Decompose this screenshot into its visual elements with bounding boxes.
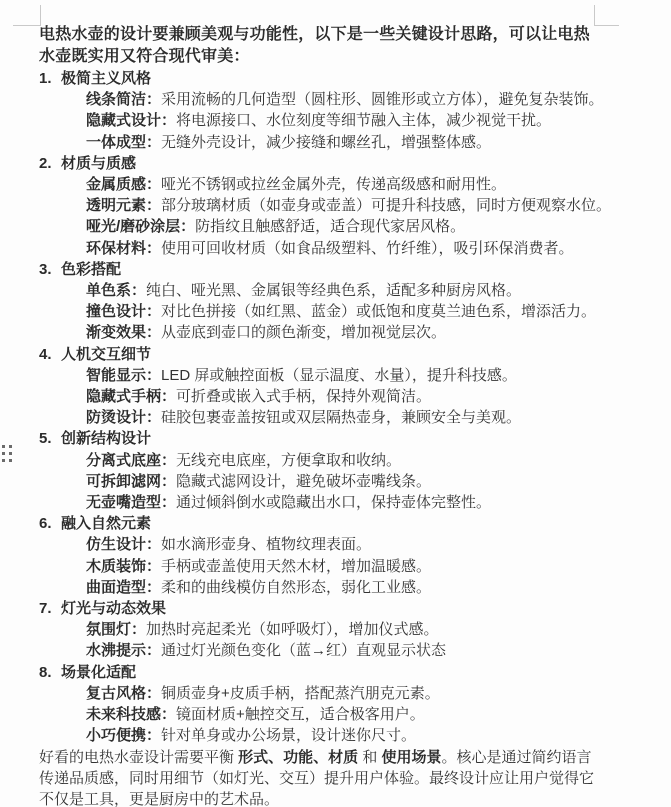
list-item: 氛围灯：加热时亮起柔光（如呼吸灯），增加仪式感。 xyxy=(39,619,595,640)
item-label: 线条简洁： xyxy=(86,91,161,108)
section-title: 场景化适配 xyxy=(61,662,136,683)
section-number: 7. xyxy=(39,598,61,619)
section-number: 4. xyxy=(39,344,61,365)
list-item: 环保材料：使用可回收材质（如食品级塑料、竹纤维），吸引环保消费者。 xyxy=(39,238,595,259)
document-page: 电热水壶的设计要兼顾美观与功能性，以下是一些关键设计思路，可以让电热水壶既实用又… xyxy=(0,0,671,807)
item-label: 分离式底座： xyxy=(86,452,176,469)
item-text: 铜质壶身+皮质手柄，搭配蒸汽朋克元素。 xyxy=(161,685,440,702)
document-content: 电热水壶的设计要兼顾美观与功能性，以下是一些关键设计思路，可以让电热水壶既实用又… xyxy=(39,24,595,807)
drag-handle-icon[interactable] xyxy=(2,445,13,463)
list-item: 水沸提示：通过灯光颜色变化（蓝→红）直观显示状态 xyxy=(39,640,595,661)
list-item: 单色系：纯白、哑光黑、金属银等经典色系，适配多种厨房风格。 xyxy=(39,280,595,301)
section-number: 5. xyxy=(39,428,61,449)
list-item: 无壶嘴造型：通过倾斜倒水或隐藏出水口，保持壶体完整性。 xyxy=(39,492,595,513)
section-title: 融入自然元素 xyxy=(61,513,151,534)
outro-text: 好看的电热水壶设计需要平衡 xyxy=(39,749,238,766)
item-text: 针对单身或办公场景，设计迷你尺寸。 xyxy=(161,727,416,744)
list-item: 仿生设计：如水滴形壶身、植物纹理表面。 xyxy=(39,534,595,555)
item-text: 将电源接口、水位刻度等细节融入主体，减少视觉干扰。 xyxy=(176,112,551,129)
item-text: 镜面材质+触控交互，适合极客用户。 xyxy=(176,706,425,723)
item-text: 无线充电底座，方便拿取和收纳。 xyxy=(176,452,401,469)
list-item: 隐藏式设计：将电源接口、水位刻度等细节融入主体，减少视觉干扰。 xyxy=(39,110,595,131)
list-item: 防烫设计：硅胶包裹壶盖按钮或双层隔热壶身，兼顾安全与美观。 xyxy=(39,407,595,428)
section-title: 色彩搭配 xyxy=(61,259,121,280)
section-heading-3: 3.色彩搭配 xyxy=(39,259,595,280)
section-title: 人机交互细节 xyxy=(61,344,151,365)
item-label: 仿生设计： xyxy=(86,536,161,553)
item-text: 加热时亮起柔光（如呼吸灯），增加仪式感。 xyxy=(146,621,439,638)
item-label: 小巧便携： xyxy=(86,727,161,744)
list-item: 隐藏式手柄：可折叠或嵌入式手柄，保持外观简洁。 xyxy=(39,386,595,407)
item-text: 柔和的曲线模仿自然形态，弱化工业感。 xyxy=(161,579,431,596)
item-text: 通过倾斜倒水或隐藏出水口，保持壶体完整性。 xyxy=(176,494,491,511)
item-label: 未来科技感： xyxy=(86,706,176,723)
sections-list: 1.极简主义风格线条简洁：采用流畅的几何造型（圆柱形、圆锥形或立方体），避免复杂… xyxy=(39,68,595,747)
section-number: 6. xyxy=(39,513,61,534)
section-heading-8: 8.场景化适配 xyxy=(39,662,595,683)
item-label: 透明元素： xyxy=(86,197,161,214)
outro-bold-phrase: 使用场景 xyxy=(382,749,442,766)
item-text: 可折叠或嵌入式手柄，保持外观简洁。 xyxy=(176,388,431,405)
item-label: 渐变效果： xyxy=(86,324,161,341)
section-number: 8. xyxy=(39,662,61,683)
list-item: 曲面造型：柔和的曲线模仿自然形态，弱化工业感。 xyxy=(39,577,595,598)
item-text: 防指纹且触感舒适，适合现代家居风格。 xyxy=(195,218,465,235)
item-text: 从壶底到壶口的颜色渐变，增加视觉层次。 xyxy=(161,324,446,341)
list-item: 哑光/磨砂涂层：防指纹且触感舒适，适合现代家居风格。 xyxy=(39,216,595,237)
list-item: 撞色设计：对比色拼接（如红黑、蓝金）或低饱和度莫兰迪色系，增添活力。 xyxy=(39,301,595,322)
list-item: 未来科技感：镜面材质+触控交互，适合极客用户。 xyxy=(39,704,595,725)
item-label: 防烫设计： xyxy=(86,409,161,426)
list-item: 智能显示：LED 屏或触控面板（显示温度、水量），提升科技感。 xyxy=(39,365,595,386)
list-item: 小巧便携：针对单身或办公场景，设计迷你尺寸。 xyxy=(39,725,595,746)
section-heading-7: 7.灯光与动态效果 xyxy=(39,598,595,619)
item-label: 木质装饰： xyxy=(86,558,161,575)
intro-paragraph: 电热水壶的设计要兼顾美观与功能性，以下是一些关键设计思路，可以让电热水壶既实用又… xyxy=(39,24,595,68)
section-number: 3. xyxy=(39,259,61,280)
outro-bold-phrase: 形式、功能、材质 xyxy=(238,749,358,766)
item-label: 复古风格： xyxy=(86,685,161,702)
item-text: 如水滴形壶身、植物纹理表面。 xyxy=(161,536,371,553)
section-heading-4: 4.人机交互细节 xyxy=(39,344,595,365)
item-label: 智能显示： xyxy=(86,367,161,384)
outro-text: 和 xyxy=(358,749,381,766)
list-item: 复古风格：铜质壶身+皮质手柄，搭配蒸汽朋克元素。 xyxy=(39,683,595,704)
item-text: 部分玻璃材质（如壶身或壶盖）可提升科技感，同时方便观察水位。 xyxy=(161,197,611,214)
list-item: 渐变效果：从壶底到壶口的颜色渐变，增加视觉层次。 xyxy=(39,322,595,343)
item-text: 隐藏式滤网设计，避免破坏壶嘴线条。 xyxy=(176,473,431,490)
list-item: 一体成型：无缝外壳设计，减少接缝和螺丝孔，增强整体感。 xyxy=(39,132,595,153)
item-text: 硅胶包裹壶盖按钮或双层隔热壶身，兼顾安全与美观。 xyxy=(161,409,521,426)
item-text: 哑光不锈钢或拉丝金属外壳，传递高级感和耐用性。 xyxy=(161,176,506,193)
text-boundary-corner-right-icon xyxy=(594,5,619,26)
section-title: 灯光与动态效果 xyxy=(61,598,166,619)
item-label: 隐藏式手柄： xyxy=(86,388,176,405)
section-heading-6: 6.融入自然元素 xyxy=(39,513,595,534)
outro-paragraph: 好看的电热水壶设计需要平衡 形式、功能、材质 和 使用场景。核心是通过简约语言传… xyxy=(39,747,595,807)
item-text: LED 屏或触控面板（显示温度、水量），提升科技感。 xyxy=(161,367,517,384)
list-item: 金属质感：哑光不锈钢或拉丝金属外壳，传递高级感和耐用性。 xyxy=(39,174,595,195)
section-number: 1. xyxy=(39,68,61,89)
item-label: 氛围灯： xyxy=(86,621,146,638)
section-heading-1: 1.极简主义风格 xyxy=(39,68,595,89)
section-title: 创新结构设计 xyxy=(61,428,151,449)
item-label: 金属质感： xyxy=(86,176,161,193)
list-item: 可拆卸滤网：隐藏式滤网设计，避免破坏壶嘴线条。 xyxy=(39,471,595,492)
item-label: 一体成型： xyxy=(86,134,161,151)
item-label: 水沸提示： xyxy=(86,642,161,659)
list-item: 线条简洁：采用流畅的几何造型（圆柱形、圆锥形或立方体），避免复杂装饰。 xyxy=(39,89,595,110)
item-text: 纯白、哑光黑、金属银等经典色系，适配多种厨房风格。 xyxy=(146,282,521,299)
text-boundary-corner-left-icon xyxy=(13,5,41,26)
item-text: 通过灯光颜色变化（蓝→红）直观显示状态 xyxy=(161,642,446,659)
list-item: 分离式底座：无线充电底座，方便拿取和收纳。 xyxy=(39,450,595,471)
list-item: 透明元素：部分玻璃材质（如壶身或壶盖）可提升科技感，同时方便观察水位。 xyxy=(39,195,595,216)
item-label: 无壶嘴造型： xyxy=(86,494,176,511)
item-label: 撞色设计： xyxy=(86,303,161,320)
list-item: 木质装饰：手柄或壶盖使用天然木材，增加温暖感。 xyxy=(39,556,595,577)
item-text: 采用流畅的几何造型（圆柱形、圆锥形或立方体），避免复杂装饰。 xyxy=(161,91,604,108)
item-label: 曲面造型： xyxy=(86,579,161,596)
item-label: 环保材料： xyxy=(86,240,161,257)
item-label: 哑光/磨砂涂层： xyxy=(86,218,195,235)
item-label: 单色系： xyxy=(86,282,146,299)
section-heading-2: 2.材质与质感 xyxy=(39,153,595,174)
section-heading-5: 5.创新结构设计 xyxy=(39,428,595,449)
item-label: 可拆卸滤网： xyxy=(86,473,176,490)
section-title: 极简主义风格 xyxy=(61,68,151,89)
item-label: 隐藏式设计： xyxy=(86,112,176,129)
item-text: 对比色拼接（如红黑、蓝金）或低饱和度莫兰迪色系，增添活力。 xyxy=(161,303,596,320)
item-text: 使用可回收材质（如食品级塑料、竹纤维），吸引环保消费者。 xyxy=(161,240,574,257)
section-number: 2. xyxy=(39,153,61,174)
item-text: 无缝外壳设计，减少接缝和螺丝孔，增强整体感。 xyxy=(161,134,491,151)
item-text: 手柄或壶盖使用天然木材，增加温暖感。 xyxy=(161,558,431,575)
section-title: 材质与质感 xyxy=(61,153,136,174)
